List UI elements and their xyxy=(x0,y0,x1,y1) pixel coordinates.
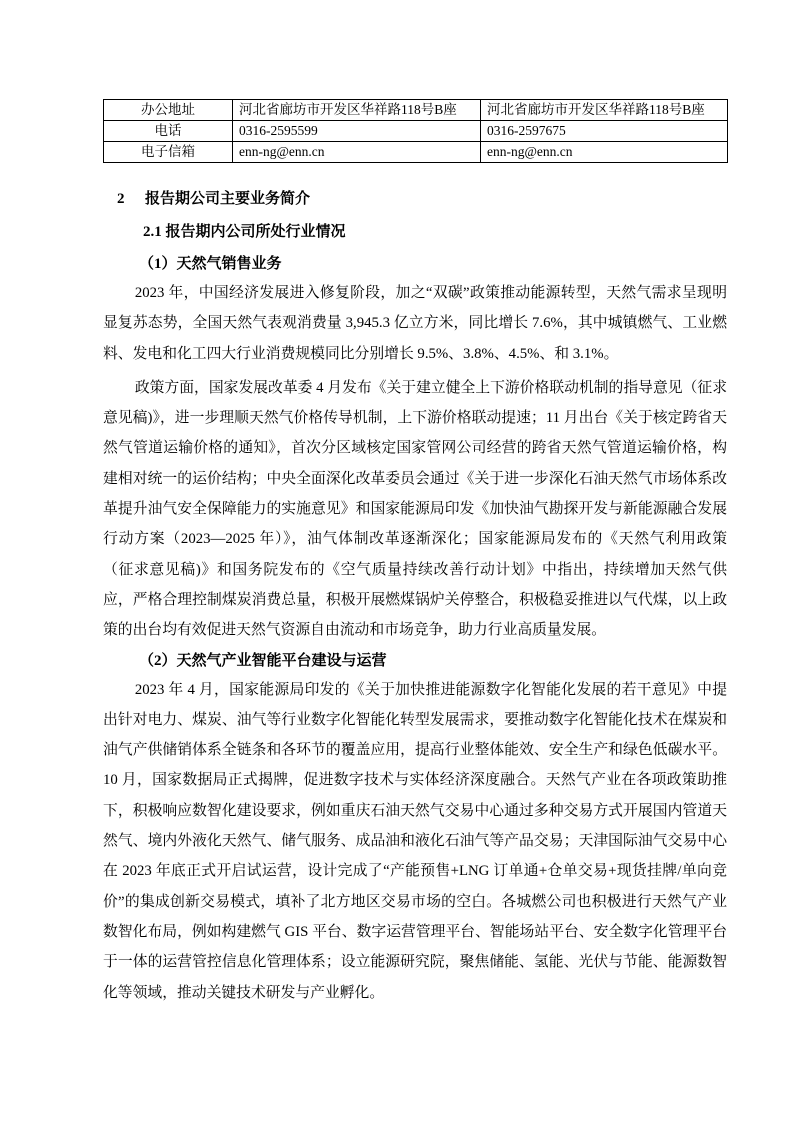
document-page: 办公地址 河北省廊坊市开发区华祥路118号B座 河北省廊坊市开发区华祥路118号… xyxy=(0,0,794,1123)
table-row-email: 电子信箱 enn-ng@enn.cn enn-ng@enn.cn xyxy=(104,142,728,163)
item-heading-2: （2）天然气产业智能平台建设与运营 xyxy=(139,651,727,671)
phone-value-1: 0316-2595599 xyxy=(233,121,481,142)
section-heading-2: 2 报告期公司主要业务简介 xyxy=(117,189,727,209)
row-label: 办公地址 xyxy=(104,100,233,121)
section-number: 2 xyxy=(117,189,145,209)
subsection-heading-2-1: 2.1 报告期内公司所处行业情况 xyxy=(143,222,727,242)
table-row-phone: 电话 0316-2595599 0316-2597675 xyxy=(104,121,728,142)
item-heading-1: （1）天然气销售业务 xyxy=(139,254,727,274)
paragraph-gas-sales-1: 2023 年，中国经济发展进入修复阶段，加之“双碳”政策推动能源转型，天然气需求… xyxy=(103,278,727,369)
office-address-value-1: 河北省廊坊市开发区华祥路118号B座 xyxy=(233,100,481,121)
contact-info-table: 办公地址 河北省廊坊市开发区华祥路118号B座 河北省廊坊市开发区华祥路118号… xyxy=(103,99,728,163)
email-value-2: enn-ng@enn.cn xyxy=(481,142,728,163)
phone-value-2: 0316-2597675 xyxy=(481,121,728,142)
row-label: 电话 xyxy=(104,121,233,142)
page-content: 办公地址 河北省廊坊市开发区华祥路118号B座 河北省廊坊市开发区华祥路118号… xyxy=(103,99,727,1008)
row-label: 电子信箱 xyxy=(104,142,233,163)
email-value-1: enn-ng@enn.cn xyxy=(233,142,481,163)
table-row-office-address: 办公地址 河北省廊坊市开发区华祥路118号B座 河北省廊坊市开发区华祥路118号… xyxy=(104,100,728,121)
paragraph-smart-platform: 2023 年 4 月，国家能源局印发的《关于加快推进能源数字化智能化发展的若干意… xyxy=(103,675,727,1008)
section-title: 报告期公司主要业务简介 xyxy=(145,189,310,209)
office-address-value-2: 河北省廊坊市开发区华祥路118号B座 xyxy=(481,100,728,121)
paragraph-gas-sales-policy: 政策方面，国家发展改革委 4 月发布《关于建立健全上下游价格联动机制的指导意见（… xyxy=(103,373,727,646)
